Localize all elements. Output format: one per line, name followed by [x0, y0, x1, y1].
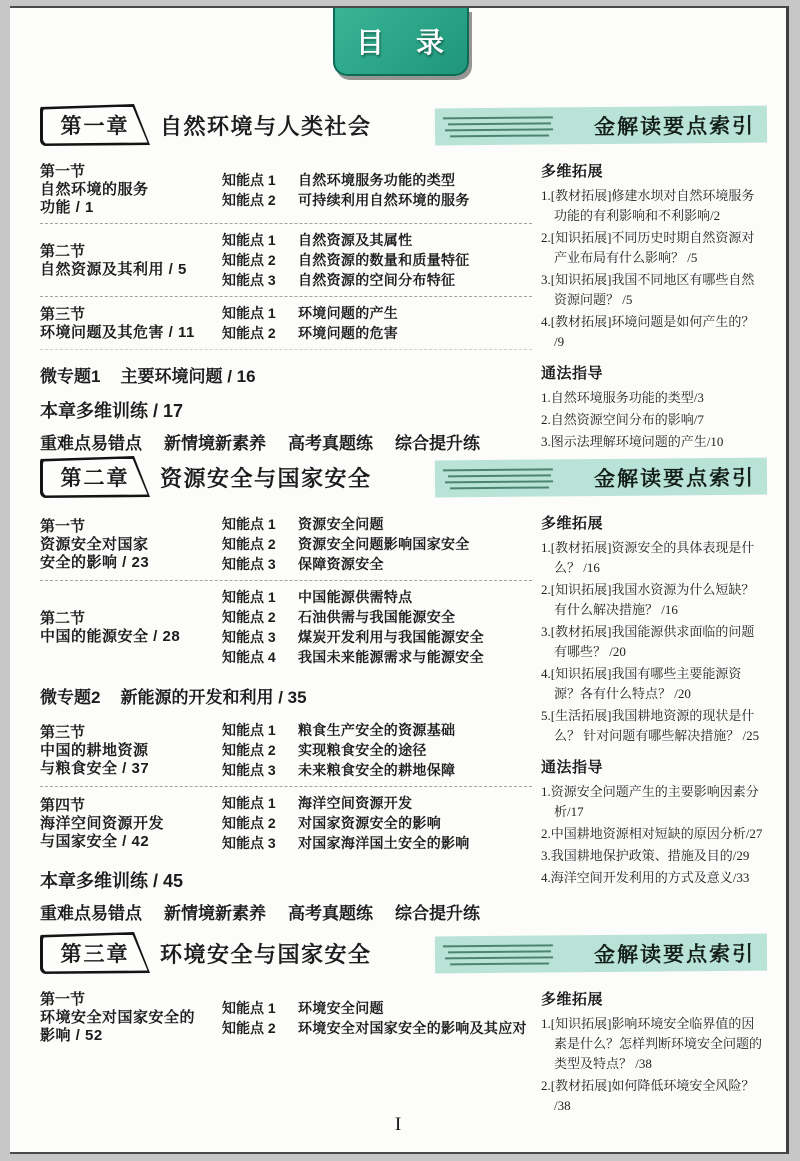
index-item: 1.[教材拓展]资源安全的具体表现是什么？ /16	[541, 538, 767, 578]
section-title: 自然环境的服务 功能 / 1	[40, 181, 222, 217]
point-text: 对国家资源安全的影响	[298, 813, 441, 833]
index-item: 5.[生活拓展]我国耕地资源的现状是什么？ 针对问题有哪些解决措施？ /25	[541, 706, 767, 746]
chapter-1-title: 自然环境与人类社会	[160, 110, 372, 141]
training-tag: 重难点易错点	[40, 904, 142, 923]
knowledge-point-row: 知能点 2石油供需与我国能源安全	[222, 607, 532, 627]
section-title: 中国的能源安全 / 28	[40, 628, 222, 646]
point-text: 粮食生产安全的资源基础	[298, 720, 455, 740]
section-head: 第三节 环境问题及其危害 / 11	[40, 305, 222, 342]
index-item: 1.资源安全问题产生的主要影响因素分析/17	[541, 782, 767, 822]
index-item: 2.[教材拓展]如何降低环境安全风险？ /38	[541, 1076, 767, 1116]
section-title: 中国的耕地资源 与粮食安全 / 37	[40, 742, 222, 778]
knowledge-point-row: 知能点 1自然资源及其属性	[222, 230, 532, 250]
point-text: 对国家海洋国土安全的影响	[298, 833, 470, 853]
section-title: 自然资源及其利用 / 5	[40, 261, 222, 279]
section-divider	[40, 223, 532, 224]
micro-topic-title: 新能源的开发和利用 / 35	[120, 688, 306, 707]
point-label: 知能点 2	[222, 250, 286, 270]
point-text: 自然环境服务功能的类型	[298, 170, 455, 190]
knowledge-point-row: 知能点 2对国家资源安全的影响	[222, 813, 532, 833]
training-tag: 新情境新素养	[164, 434, 266, 453]
section-row: 第二节 中国的能源安全 / 28 知能点 1中国能源供需特点 知能点 2石油供需…	[40, 583, 532, 671]
chapter-1-toc-column: 第一节 自然环境的服务 功能 / 1 知能点 1自然环境服务功能的类型 知能点 …	[40, 158, 532, 454]
point-label: 知能点 1	[222, 514, 286, 534]
section-divider	[40, 296, 532, 297]
point-text: 未来粮食安全的耕地保障	[298, 760, 455, 780]
knowledge-points: 知能点 1环境问题的产生 知能点 2环境问题的危害	[222, 303, 532, 343]
index-group-header: 通法指导	[541, 362, 767, 383]
knowledge-point-row: 知能点 3保障资源安全	[222, 554, 532, 574]
point-text: 我国未来能源需求与能源安全	[298, 647, 484, 667]
index-item: 1.自然环境服务功能的类型/3	[541, 388, 767, 408]
knowledge-points: 知能点 1自然资源及其属性 知能点 2自然资源的数量和质量特征 知能点 3自然资…	[222, 230, 532, 290]
index-group: 通法指导 1.资源安全问题产生的主要影响因素分析/17 2.中国耕地资源相对短缺…	[541, 756, 767, 888]
knowledge-points: 知能点 1自然环境服务功能的类型 知能点 2可持续利用自然环境的服务	[222, 170, 532, 210]
point-text: 可持续利用自然环境的服务	[298, 190, 470, 210]
knowledge-point-row: 知能点 1资源安全问题	[222, 514, 532, 534]
knowledge-points: 知能点 1中国能源供需特点 知能点 2石油供需与我国能源安全 知能点 3煤炭开发…	[222, 587, 532, 667]
ruled-lines-decoration	[443, 943, 553, 964]
index-item: 3.图示法理解环境问题的产生/10	[541, 432, 767, 452]
index-item: 4.[教材拓展]环境问题是如何产生的？ /9	[541, 312, 767, 352]
knowledge-point-row: 知能点 1中国能源供需特点	[222, 587, 532, 607]
chapter-1-number-tab: 第一章	[40, 104, 150, 146]
index-group: 多维拓展 1.[教材拓展]修建水坝对自然环境服务功能的有利影响和不利影响/2 2…	[541, 160, 767, 352]
knowledge-point-row: 知能点 3未来粮食安全的耕地保障	[222, 760, 532, 780]
chapter-3-number-tab: 第三章	[40, 932, 150, 974]
index-header-title: 金解读要点索引	[594, 461, 755, 492]
section-label: 第三节	[40, 305, 222, 324]
point-label: 知能点 1	[222, 230, 286, 250]
section-label: 第三节	[40, 723, 222, 742]
chapter-2-title: 资源安全与国家安全	[160, 462, 372, 493]
chapter-1: 第一章 自然环境与人类社会 金解读要点索引 第一节 自然环境的服务 功能 / 1	[40, 102, 767, 454]
section-row: 第四节 海洋空间资源开发 与国家安全 / 42 知能点 1海洋空间资源开发 知能…	[40, 789, 532, 857]
index-group: 多维拓展 1.[教材拓展]资源安全的具体表现是什么？ /16 2.[知识拓展]我…	[541, 512, 767, 746]
index-item: 2.中国耕地资源相对短缺的原因分析/27	[541, 824, 767, 844]
section-divider	[40, 349, 532, 350]
index-group-header: 多维拓展	[541, 160, 767, 181]
chapter-1-body: 第一节 自然环境的服务 功能 / 1 知能点 1自然环境服务功能的类型 知能点 …	[40, 158, 767, 454]
training-tag: 综合提升练	[395, 904, 480, 923]
micro-topic: 微专题2新能源的开发和利用 / 35	[40, 683, 532, 708]
point-text: 实现粮食安全的途径	[298, 740, 427, 760]
ruled-lines-decoration	[443, 115, 553, 136]
point-text: 保障资源安全	[298, 554, 384, 574]
training-tag: 综合提升练	[395, 434, 480, 453]
point-text: 自然资源的空间分布特征	[298, 270, 455, 290]
toc-badge-title: 目 录	[356, 21, 446, 61]
index-group-header: 通法指导	[541, 756, 767, 777]
chapter-3-number: 第三章	[43, 935, 148, 972]
knowledge-point-row: 知能点 3对国家海洋国土安全的影响	[222, 833, 532, 853]
chapter-training-title: 本章多维训练 / 17	[40, 397, 532, 423]
point-label: 知能点 1	[222, 303, 286, 323]
knowledge-points: 知能点 1粮食生产安全的资源基础 知能点 2实现粮食安全的途径 知能点 3未来粮…	[222, 720, 532, 780]
point-text: 环境安全问题	[298, 998, 384, 1018]
section-row: 第三节 中国的耕地资源 与粮食安全 / 37 知能点 1粮食生产安全的资源基础 …	[40, 716, 532, 784]
index-item: 4.海洋空间开发利用的方式及意义/33	[541, 868, 767, 888]
section-label: 第一节	[40, 990, 222, 1009]
training-tag: 高考真题练	[288, 434, 373, 453]
micro-topic-title: 主要环境问题 / 16	[120, 367, 255, 386]
page-number: I	[10, 1114, 786, 1136]
point-label: 知能点 2	[222, 813, 286, 833]
chapter-1-header: 第一章 自然环境与人类社会 金解读要点索引	[40, 102, 767, 148]
knowledge-points: 知能点 1环境安全问题 知能点 2环境安全对国家安全的影响及其应对	[222, 998, 532, 1038]
point-label: 知能点 3	[222, 833, 286, 853]
knowledge-point-row: 知能点 1自然环境服务功能的类型	[222, 170, 532, 190]
section-head: 第一节 环境安全对国家安全的 影响 / 52	[40, 990, 222, 1045]
knowledge-point-row: 知能点 2资源安全问题影响国家安全	[222, 534, 532, 554]
knowledge-point-row: 知能点 4我国未来能源需求与能源安全	[222, 647, 532, 667]
index-item: 2.自然资源空间分布的影响/7	[541, 410, 767, 430]
point-text: 海洋空间资源开发	[298, 793, 412, 813]
section-label: 第一节	[40, 517, 222, 536]
toc-badge: 目 录	[333, 8, 469, 76]
section-head: 第一节 资源安全对国家 安全的影响 / 23	[40, 517, 222, 572]
point-label: 知能点 1	[222, 998, 286, 1018]
section-row: 第一节 自然环境的服务 功能 / 1 知能点 1自然环境服务功能的类型 知能点 …	[40, 158, 532, 221]
point-text: 煤炭开发利用与我国能源安全	[298, 627, 484, 647]
section-divider	[40, 580, 532, 581]
index-group-header: 多维拓展	[541, 512, 767, 533]
point-label: 知能点 2	[222, 1018, 286, 1038]
knowledge-point-row: 知能点 1环境安全问题	[222, 998, 532, 1018]
chapter-2: 第二章 资源安全与国家安全 金解读要点索引 第一节 资源安全对国家 安全的影响 …	[40, 454, 767, 924]
point-text: 自然资源的数量和质量特征	[298, 250, 470, 270]
training-tags: 重难点易错点新情境新素养高考真题练综合提升练	[40, 429, 532, 454]
index-header-title: 金解读要点索引	[594, 109, 755, 140]
knowledge-point-row: 知能点 2环境安全对国家安全的影响及其应对	[222, 1018, 532, 1038]
section-label: 第二节	[40, 609, 222, 628]
point-label: 知能点 1	[222, 793, 286, 813]
point-label: 知能点 3	[222, 760, 286, 780]
chapter-3-body: 第一节 环境安全对国家安全的 影响 / 52 知能点 1环境安全问题 知能点 2…	[40, 986, 767, 1118]
section-row: 第一节 环境安全对国家安全的 影响 / 52 知能点 1环境安全问题 知能点 2…	[40, 986, 532, 1049]
point-label: 知能点 3	[222, 270, 286, 290]
knowledge-point-row: 知能点 2环境问题的危害	[222, 323, 532, 343]
index-item: 4.[知识拓展]我国有哪些主要能源资源？各有什么特点？ /20	[541, 664, 767, 704]
index-item: 1.[知识拓展]影响环境安全临界值的因素是什么？怎样判断环境安全问题的类型及特点…	[541, 1014, 767, 1074]
knowledge-point-row: 知能点 1粮食生产安全的资源基础	[222, 720, 532, 740]
section-label: 第一节	[40, 162, 222, 181]
training-tag: 高考真题练	[288, 904, 373, 923]
index-header-band: 金解读要点索引	[435, 933, 767, 973]
chapter-3-title: 环境安全与国家安全	[160, 938, 372, 969]
training-tag: 重难点易错点	[40, 434, 142, 453]
index-group-header: 多维拓展	[541, 988, 767, 1009]
point-text: 中国能源供需特点	[298, 587, 412, 607]
knowledge-point-row: 知能点 1海洋空间资源开发	[222, 793, 532, 813]
point-text: 环境问题的危害	[298, 323, 398, 343]
point-label: 知能点 2	[222, 740, 286, 760]
chapter-2-index-column: 多维拓展 1.[教材拓展]资源安全的具体表现是什么？ /16 2.[知识拓展]我…	[541, 510, 767, 924]
point-label: 知能点 2	[222, 607, 286, 627]
book-page: 目 录 第一章 自然环境与人类社会 金解读要点索引 第一节 自然环境的服务	[10, 6, 789, 1154]
knowledge-point-row: 知能点 3煤炭开发利用与我国能源安全	[222, 627, 532, 647]
index-item: 3.我国耕地保护政策、措施及目的/29	[541, 846, 767, 866]
knowledge-points: 知能点 1海洋空间资源开发 知能点 2对国家资源安全的影响 知能点 3对国家海洋…	[222, 793, 532, 853]
section-row: 第一节 资源安全对国家 安全的影响 / 23 知能点 1资源安全问题 知能点 2…	[40, 510, 532, 578]
knowledge-point-row: 知能点 3自然资源的空间分布特征	[222, 270, 532, 290]
knowledge-point-row: 知能点 2可持续利用自然环境的服务	[222, 190, 532, 210]
knowledge-points: 知能点 1资源安全问题 知能点 2资源安全问题影响国家安全 知能点 3保障资源安…	[222, 514, 532, 574]
point-text: 环境问题的产生	[298, 303, 398, 323]
chapter-3: 第三章 环境安全与国家安全 金解读要点索引 第一节 环境安全对国家安全的 影响 …	[40, 930, 767, 1118]
knowledge-point-row: 知能点 1环境问题的产生	[222, 303, 532, 323]
index-group: 通法指导 1.自然环境服务功能的类型/3 2.自然资源空间分布的影响/7 3.图…	[541, 362, 767, 452]
section-head: 第四节 海洋空间资源开发 与国家安全 / 42	[40, 796, 222, 851]
point-label: 知能点 1	[222, 170, 286, 190]
section-head: 第二节 中国的能源安全 / 28	[40, 609, 222, 646]
training-tags: 重难点易错点新情境新素养高考真题练综合提升练	[40, 899, 532, 924]
index-item: 2.[知识拓展]我国水资源为什么短缺？有什么解决措施？ /16	[541, 580, 767, 620]
point-label: 知能点 3	[222, 554, 286, 574]
point-label: 知能点 3	[222, 627, 286, 647]
section-label: 第四节	[40, 796, 222, 815]
chapter-2-number-tab: 第二章	[40, 456, 150, 498]
section-head: 第二节 自然资源及其利用 / 5	[40, 242, 222, 279]
ruled-lines-decoration	[443, 467, 553, 488]
section-title: 环境问题及其危害 / 11	[40, 324, 222, 342]
point-text: 环境安全对国家安全的影响及其应对	[298, 1018, 527, 1038]
knowledge-point-row: 知能点 2实现粮食安全的途径	[222, 740, 532, 760]
chapter-1-index-column: 多维拓展 1.[教材拓展]修建水坝对自然环境服务功能的有利影响和不利影响/2 2…	[541, 158, 767, 454]
point-label: 知能点 4	[222, 647, 286, 667]
chapter-2-number: 第二章	[43, 459, 148, 496]
point-text: 资源安全问题	[298, 514, 384, 534]
index-item: 2.[知识拓展]不同历史时期自然资源对产业布局有什么影响？ /5	[541, 228, 767, 268]
index-header-band: 金解读要点索引	[435, 457, 767, 497]
micro-topic-label: 微专题2	[40, 688, 100, 707]
section-title: 海洋空间资源开发 与国家安全 / 42	[40, 815, 222, 851]
point-text: 石油供需与我国能源安全	[298, 607, 455, 627]
index-group: 多维拓展 1.[知识拓展]影响环境安全临界值的因素是什么？怎样判断环境安全问题的…	[541, 988, 767, 1116]
section-row: 第二节 自然资源及其利用 / 5 知能点 1自然资源及其属性 知能点 2自然资源…	[40, 226, 532, 294]
chapter-1-number: 第一章	[43, 107, 148, 144]
section-head: 第三节 中国的耕地资源 与粮食安全 / 37	[40, 723, 222, 778]
point-text: 资源安全问题影响国家安全	[298, 534, 470, 554]
point-text: 自然资源及其属性	[298, 230, 412, 250]
index-item: 3.[教材拓展]我国能源供求面临的问题有哪些？ /20	[541, 622, 767, 662]
micro-topic-label: 微专题1	[40, 367, 100, 386]
micro-topic: 微专题1主要环境问题 / 16	[40, 362, 532, 387]
chapter-3-header: 第三章 环境安全与国家安全 金解读要点索引	[40, 930, 767, 976]
chapter-training-title: 本章多维训练 / 45	[40, 867, 532, 893]
section-title: 资源安全对国家 安全的影响 / 23	[40, 536, 222, 572]
point-label: 知能点 2	[222, 190, 286, 210]
section-label: 第二节	[40, 242, 222, 261]
point-label: 知能点 2	[222, 534, 286, 554]
section-title: 环境安全对国家安全的 影响 / 52	[40, 1009, 222, 1045]
knowledge-point-row: 知能点 2自然资源的数量和质量特征	[222, 250, 532, 270]
section-row: 第三节 环境问题及其危害 / 11 知能点 1环境问题的产生 知能点 2环境问题…	[40, 299, 532, 347]
chapter-3-index-column: 多维拓展 1.[知识拓展]影响环境安全临界值的因素是什么？怎样判断环境安全问题的…	[541, 986, 767, 1118]
index-header-band: 金解读要点索引	[435, 105, 767, 145]
section-divider	[40, 786, 532, 787]
point-label: 知能点 2	[222, 323, 286, 343]
chapter-2-toc-column: 第一节 资源安全对国家 安全的影响 / 23 知能点 1资源安全问题 知能点 2…	[40, 510, 532, 924]
point-label: 知能点 1	[222, 587, 286, 607]
training-tag: 新情境新素养	[164, 904, 266, 923]
index-item: 1.[教材拓展]修建水坝对自然环境服务功能的有利影响和不利影响/2	[541, 186, 767, 226]
index-header-title: 金解读要点索引	[594, 937, 755, 968]
index-item: 3.[知识拓展]我国不同地区有哪些自然资源问题？ /5	[541, 270, 767, 310]
chapter-2-header: 第二章 资源安全与国家安全 金解读要点索引	[40, 454, 767, 500]
section-head: 第一节 自然环境的服务 功能 / 1	[40, 162, 222, 217]
chapter-2-body: 第一节 资源安全对国家 安全的影响 / 23 知能点 1资源安全问题 知能点 2…	[40, 510, 767, 924]
point-label: 知能点 1	[222, 720, 286, 740]
chapter-3-toc-column: 第一节 环境安全对国家安全的 影响 / 52 知能点 1环境安全问题 知能点 2…	[40, 986, 532, 1118]
